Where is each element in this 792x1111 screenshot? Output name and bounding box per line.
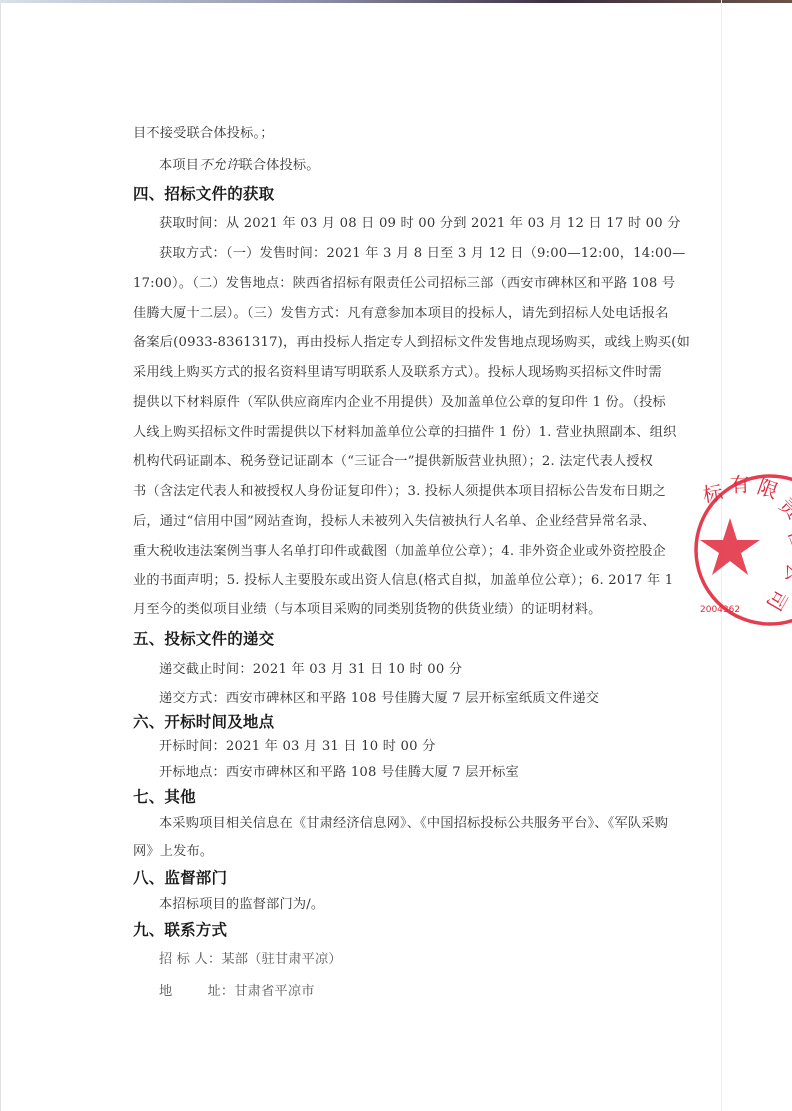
company-seal: 标 有 限 责 任 公 司 2004362 xyxy=(690,470,792,630)
submission-method: 递交方式：西安市碑林区和平路 108 号佳腾大厦 7 层开标室纸质文件递交 xyxy=(159,687,599,706)
acquisition-method-line: 书（含法定代表人和被授权人身份证复印件）；3. 投标人须提供本项目招标公告发布日… xyxy=(133,480,666,499)
other-info-line: 网》上发布。 xyxy=(133,840,213,859)
scan-top-edge xyxy=(0,0,792,3)
acquisition-time: 获取时间：从 2021 年 03 月 08 日 09 时 00 分到 2021 … xyxy=(159,212,681,231)
section-heading-acquisition: 四、招标文件的获取 xyxy=(133,182,274,204)
acquisition-method-line: 佳腾大厦十二层）。（三）发售方式：凡有意参加本项目的投标人，请先到招标人处电话报… xyxy=(133,302,669,321)
seal-icon: 标 有 限 责 任 公 司 2004362 xyxy=(690,470,792,630)
acquisition-method-line: 业的书面声明；5. 投标人主要股东或出资人信息(格式自拟，加盖单位公章）；6. … xyxy=(133,569,673,588)
section-heading-submission: 五、投标文件的递交 xyxy=(133,627,274,649)
acquisition-method-line: 机构代码证副本、税务登记证副本（“三证合一”提供新版营业执照）；2. 法定代表人… xyxy=(133,450,653,469)
acquisition-method-line: 17:00）。（二）发售地点：陕西省招标有限责任公司招标三部（西安市碑林区和平路… xyxy=(133,272,675,291)
supervision-dept: 本招标项目的监督部门为/。 xyxy=(159,893,324,912)
acquisition-method-line: 人线上购买招标文件时需提供以下材料加盖单位公章的扫描件 1 份）1. 营业执照副… xyxy=(133,421,676,440)
submission-deadline: 递交截止时间：2021 年 03 月 31 日 10 时 00 分 xyxy=(159,658,462,677)
svg-text:有: 有 xyxy=(729,472,750,497)
svg-text:责: 责 xyxy=(774,493,792,525)
opening-time: 开标时间：2021 年 03 月 31 日 10 时 00 分 xyxy=(159,735,436,754)
svg-text:公: 公 xyxy=(781,562,792,584)
other-info-line: 本采购项目相关信息在《甘肃经济信息网》、《中国招标投标公共服务平台》、《军队采购 xyxy=(159,812,668,831)
svg-text:任: 任 xyxy=(783,526,792,553)
opening-location: 开标地点：西安市碑林区和平路 108 号佳腾大厦 7 层开标室 xyxy=(159,761,519,780)
intro-line: 目不接受联合体投标。； xyxy=(133,122,274,141)
svg-text:司: 司 xyxy=(762,586,792,615)
section-heading-contact: 九、联系方式 xyxy=(133,918,227,940)
contact-address: 地 址：甘肃省平凉市 xyxy=(159,980,315,999)
seal-number: 2004362 xyxy=(700,605,740,615)
section-heading-other: 七、其他 xyxy=(133,785,196,807)
section-heading-opening: 六、开标时间及地点 xyxy=(133,710,274,732)
acquisition-method-line: 采用线上购买方式的报名资料里请写明联系人及联系方式）。投标人现场购买招标文件时需 xyxy=(133,361,662,380)
acquisition-method-line: 月至今的类似项目业绩（与本项目采购的同类别货物的供货业绩）的证明材料。 xyxy=(133,598,602,617)
scan-left-edge xyxy=(0,0,1,1111)
joint-bid-emphasis: 不允许 xyxy=(199,158,239,173)
section-heading-supervision: 八、监督部门 xyxy=(133,866,227,888)
acquisition-method-line: 重大税收违法案例当事人名单打印件或截图（加盖单位公章）；4. 非外资企业或外资控… xyxy=(133,540,666,559)
joint-bid-prefix: 本项目 xyxy=(159,158,199,173)
acquisition-method-line: 后，通过“信用中国”网站查询，投标人未被列入失信被执行人名单、企业经营异常名录、 xyxy=(133,510,656,529)
svg-text:标: 标 xyxy=(701,480,725,507)
joint-bid-suffix: 联合体投标。 xyxy=(239,158,319,173)
contact-tenderer: 招 标 人：某部（驻甘肃平凉） xyxy=(159,948,342,967)
acquisition-method-line: 提供以下材料原件（军队供应商库内企业不用提供）及加盖单位公章的复印件 1 份。（… xyxy=(133,391,666,410)
acquisition-method-line: 获取方式：（一）发售时间：2021 年 3 月 8 日至 3 月 12 日（9:… xyxy=(159,242,686,261)
acquisition-method-line: 备案后(0933-8361317)，再由投标人指定专人到招标文件发售地点现场购买… xyxy=(133,331,690,350)
joint-bid-note: 本项目不允许联合体投标。 xyxy=(159,154,320,173)
